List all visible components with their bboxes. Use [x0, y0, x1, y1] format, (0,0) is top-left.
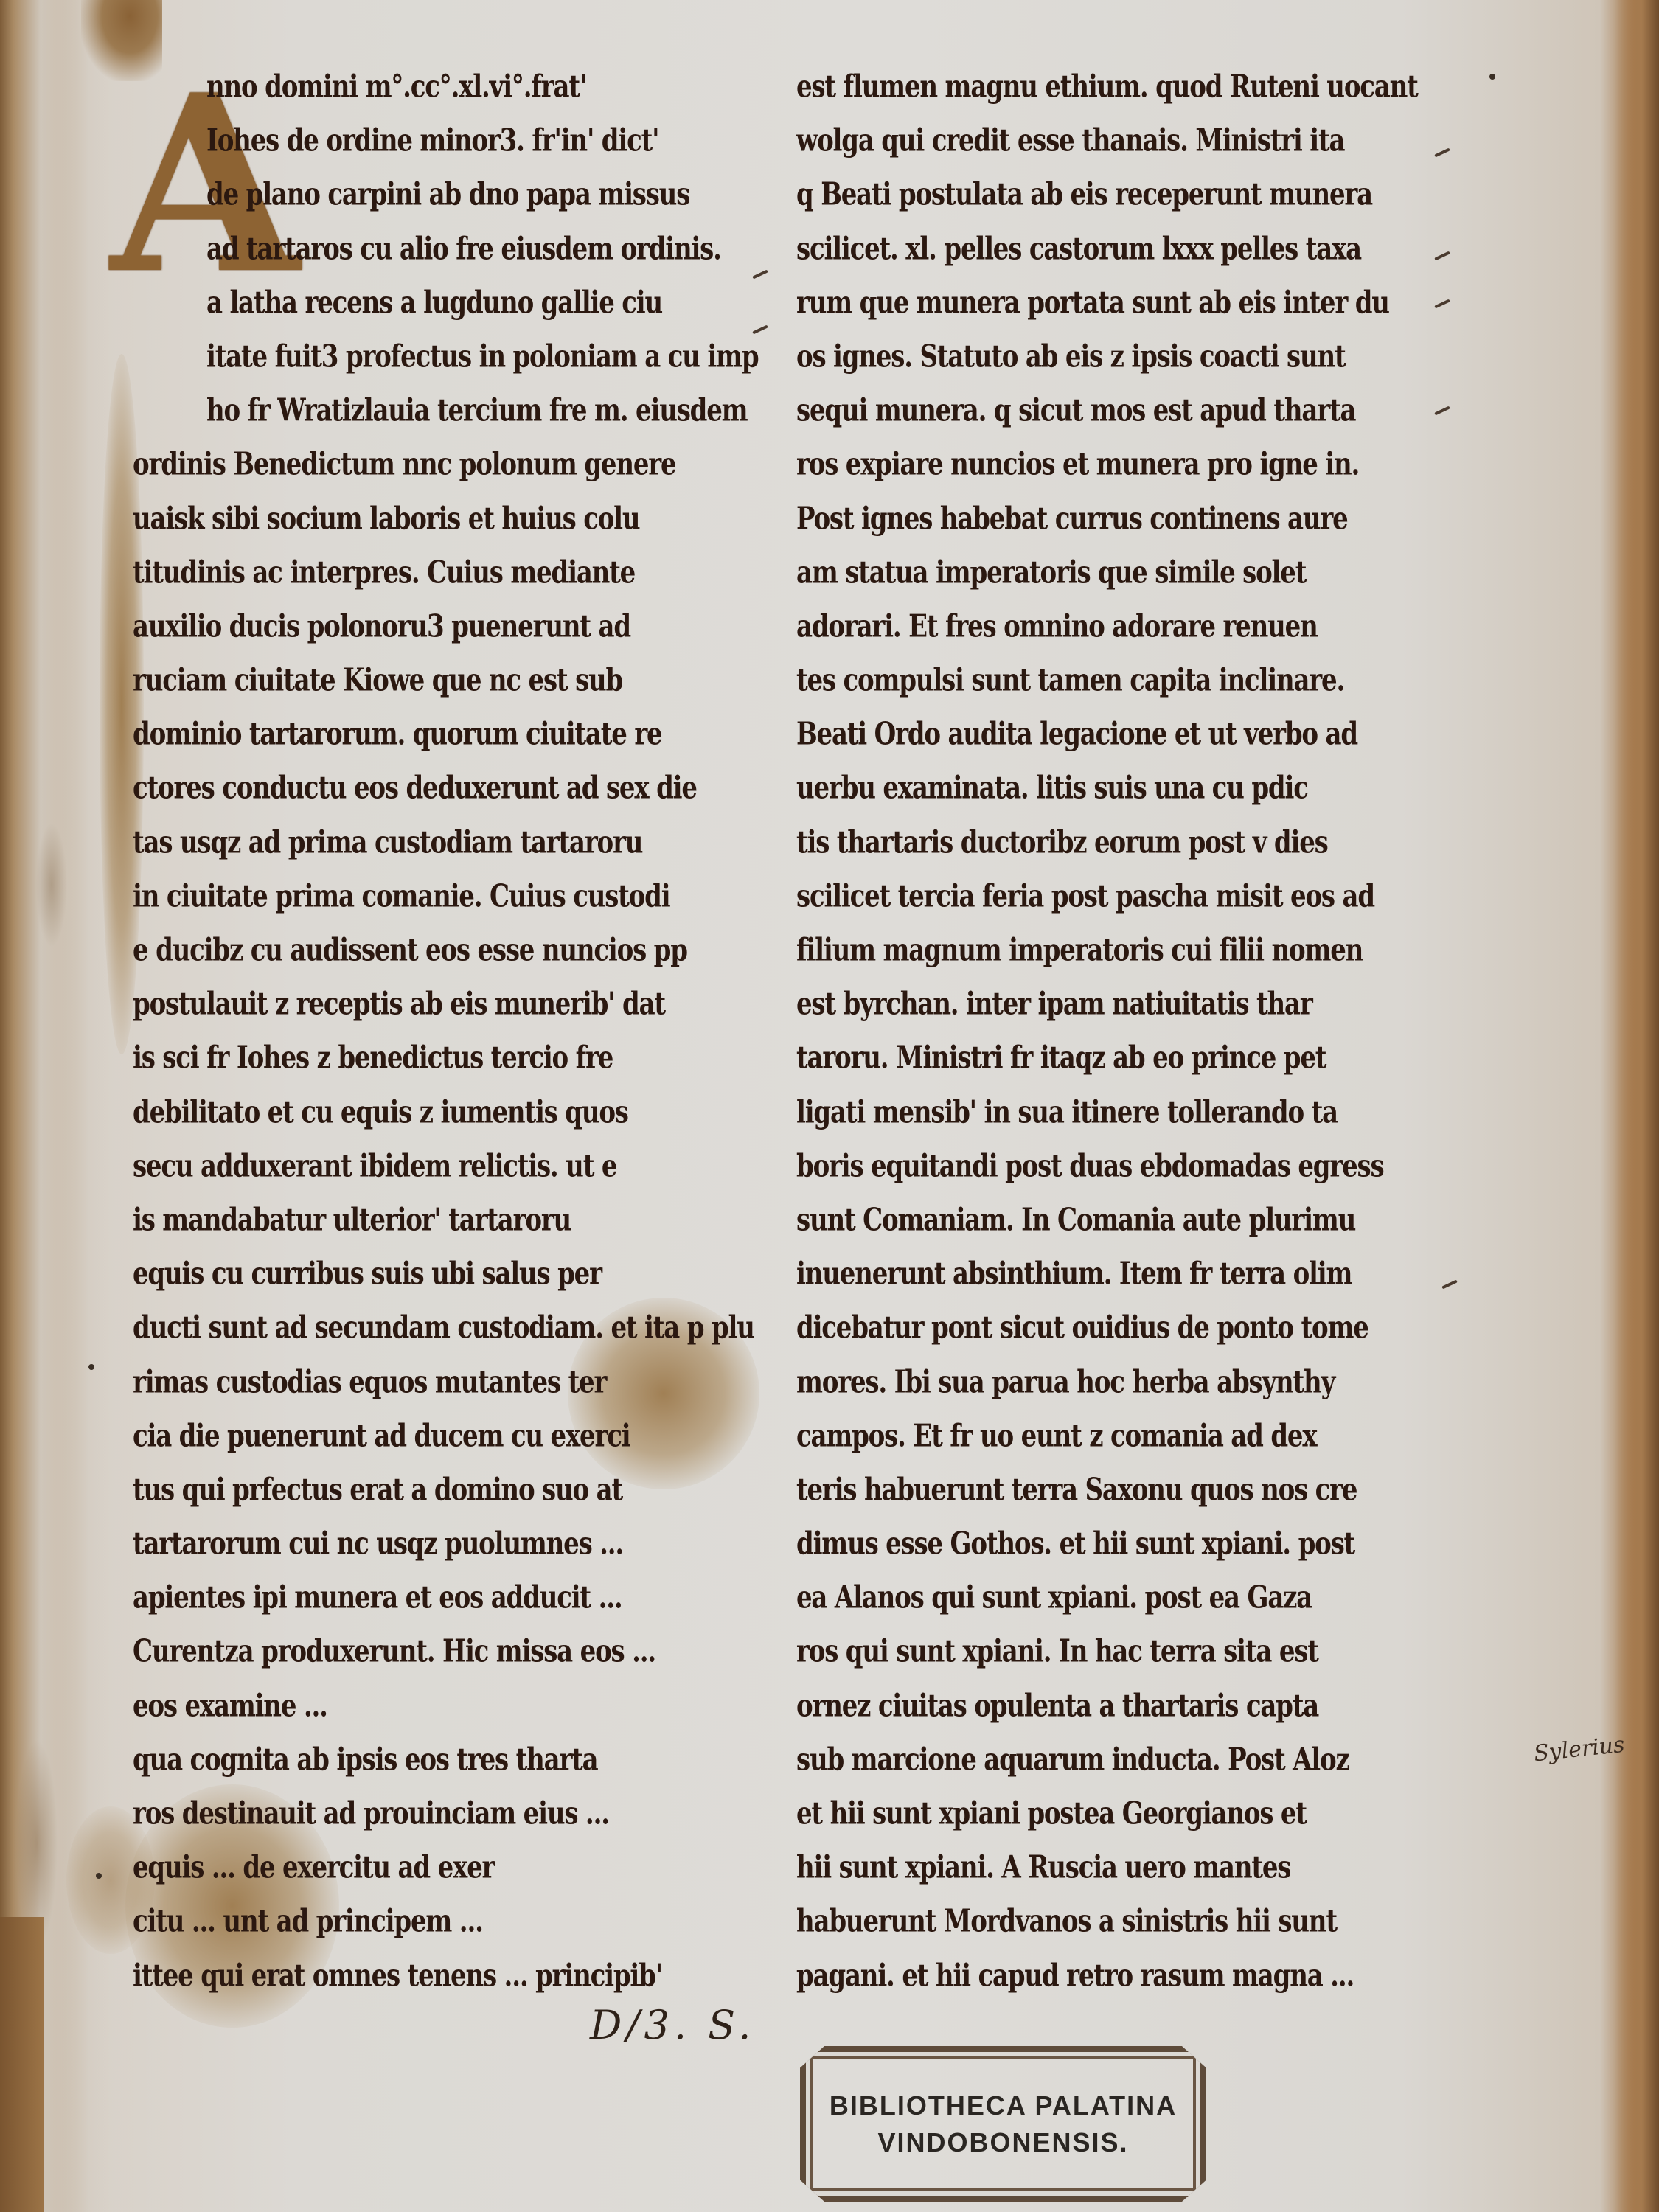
manuscript-line: pagani. et hii capud retro rasum magna .… — [796, 1942, 1482, 2009]
margin-dot — [1489, 74, 1495, 80]
shelfmark-annotation: D/3. S. — [590, 2002, 755, 2048]
manuscript-photo: A nno domini m°.cc°.xl.vi°.frat' Iohes d… — [0, 0, 1659, 2212]
marginal-gloss: Sylerius — [1533, 1732, 1626, 1767]
library-stamp: BIBLIOTHECA PALATINA VINDOBONENSIS. — [800, 2046, 1206, 2202]
page-right-edge — [1615, 0, 1659, 2212]
text-column-right: est flumen magnu ethium. quod Ruteni uoc… — [796, 60, 1482, 2003]
text-column-left: nno domini m°.cc°.xl.vi°.frat' Iohes de … — [133, 60, 782, 2003]
stamp-line-2: VINDOBONENSIS. — [877, 2124, 1128, 2161]
binding-edge — [0, 1917, 44, 2212]
margin-dot — [88, 1364, 94, 1370]
manuscript-line: ittee qui erat omnes tenens ... principi… — [133, 1942, 782, 2009]
margin-dot — [96, 1873, 102, 1879]
stamp-line-1: BIBLIOTHECA PALATINA — [829, 2087, 1177, 2124]
